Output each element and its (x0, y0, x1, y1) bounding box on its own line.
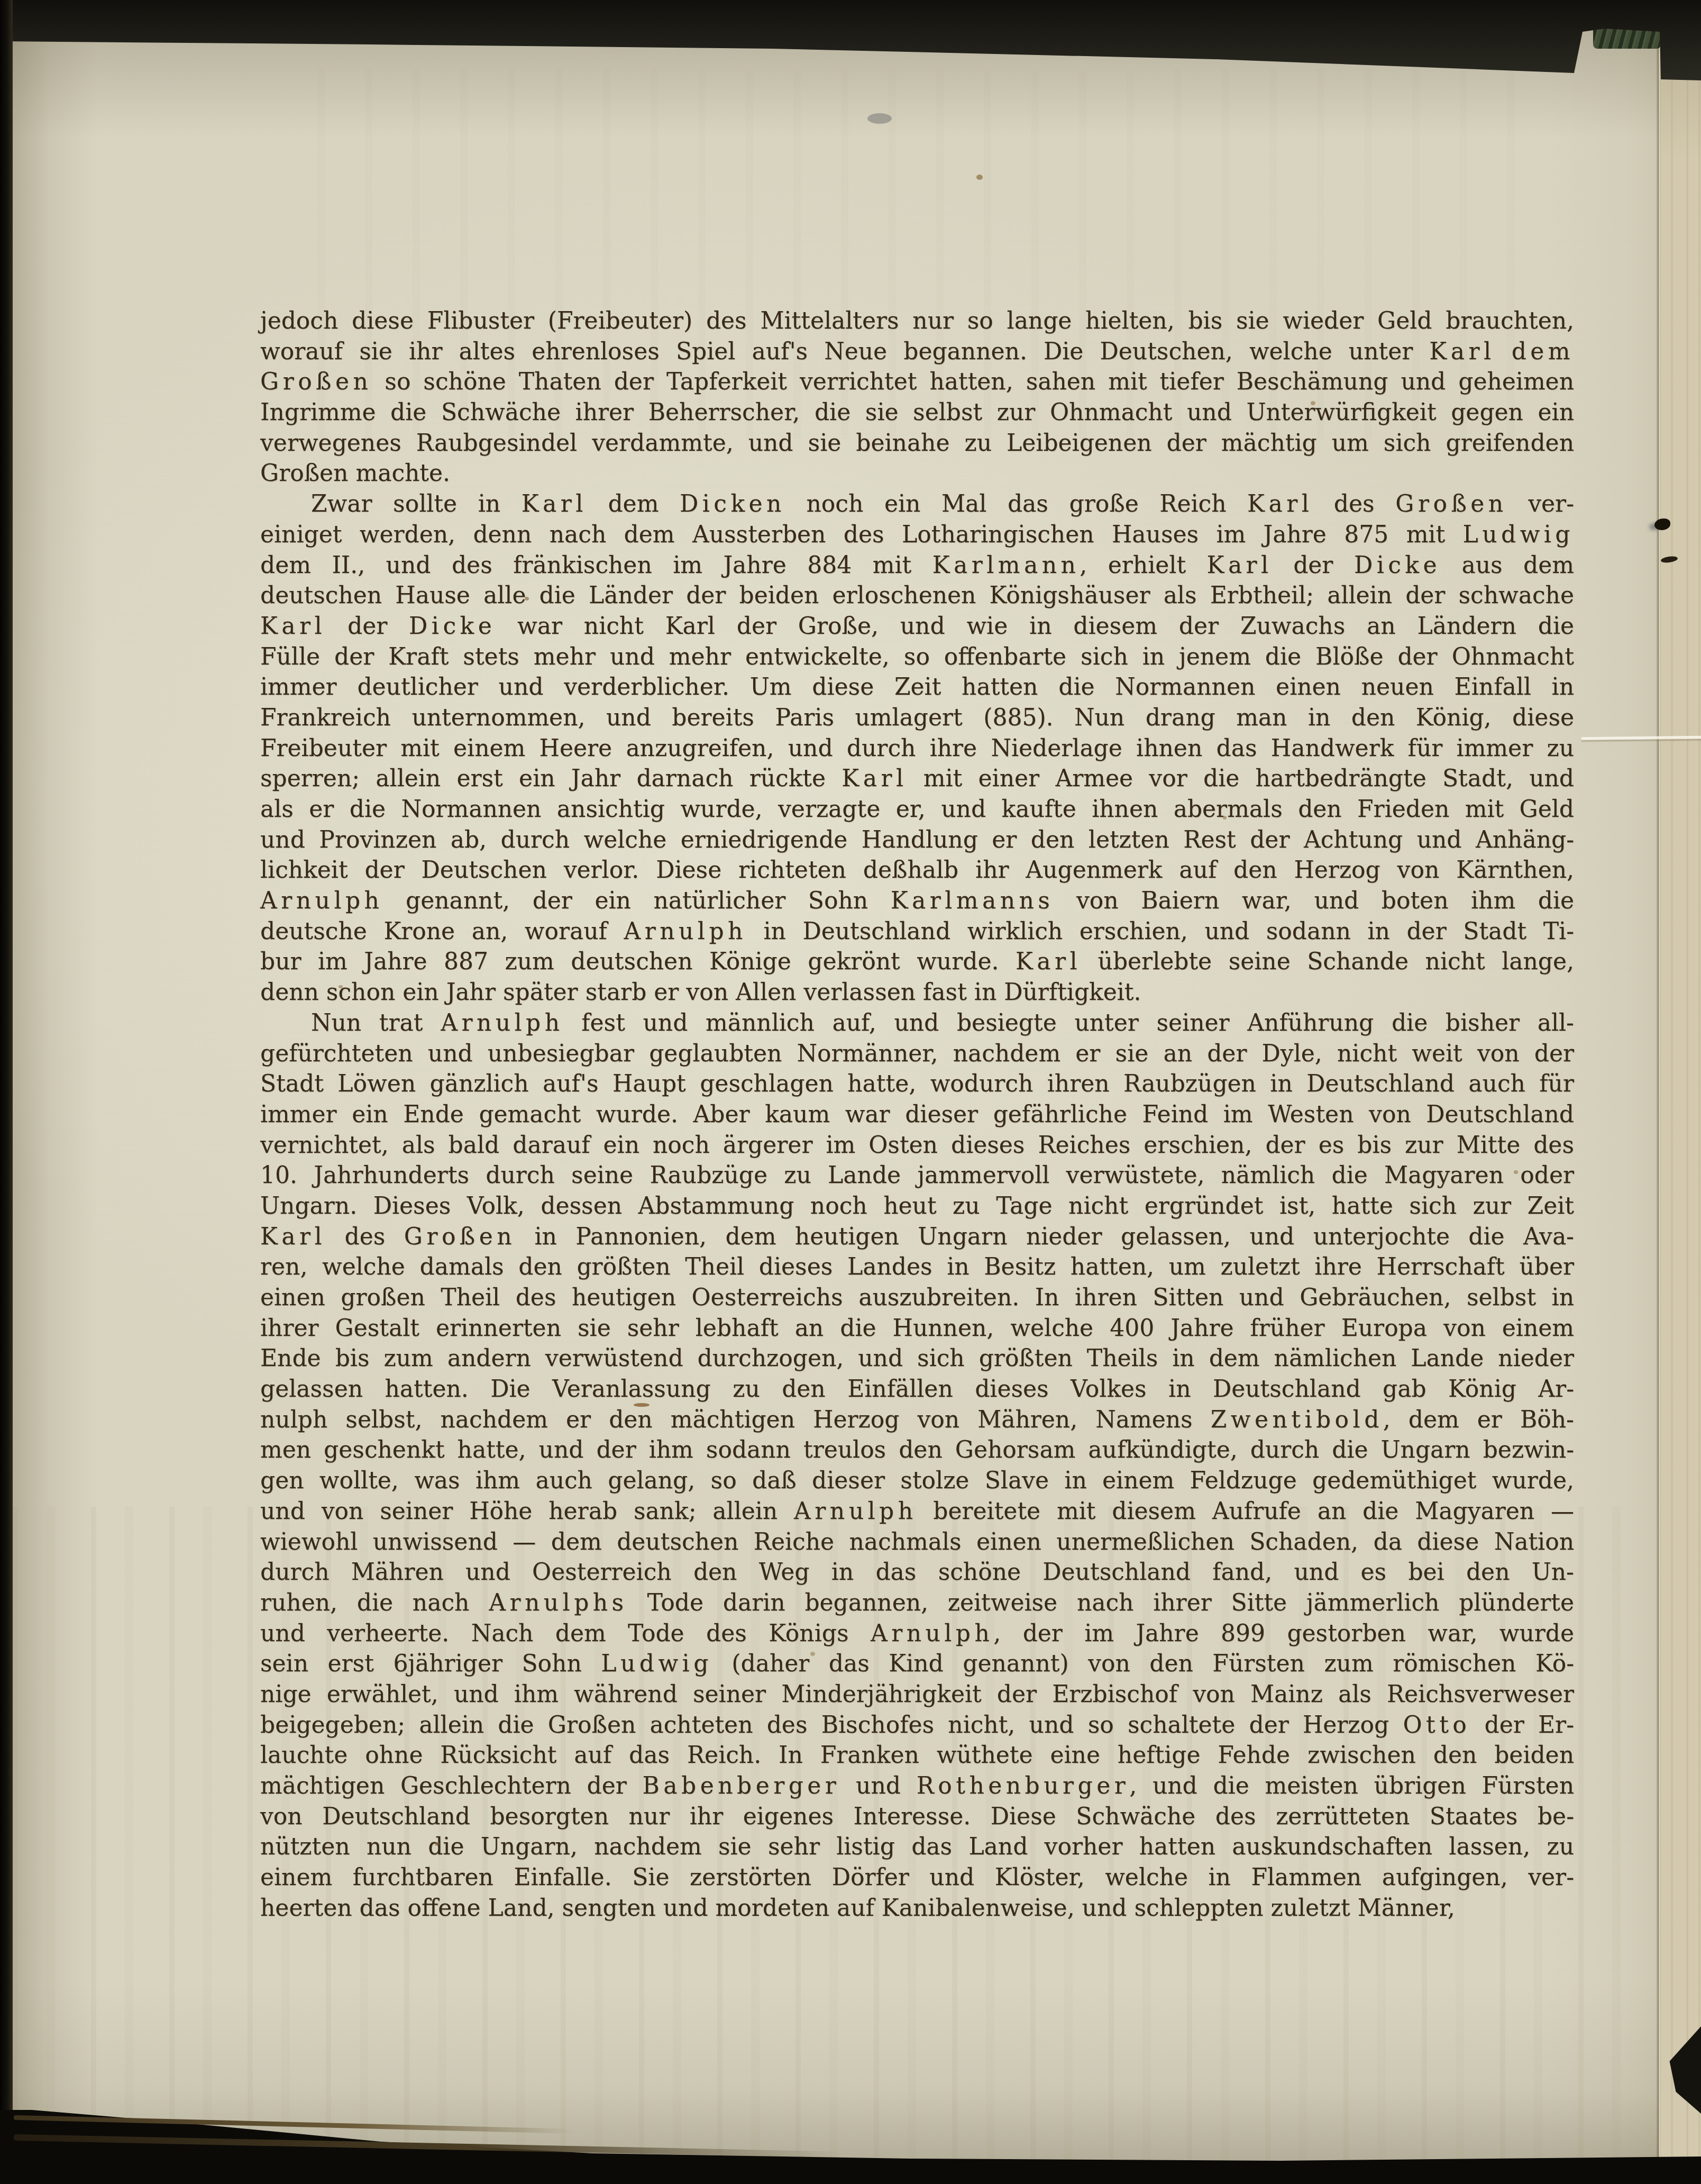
paragraph: Zwar sollte in Karl dem Dicken noch ein … (260, 489, 1574, 1008)
page-edge-crease (1656, 32, 1660, 2184)
text-line: mächtigen Geschlechtern der Babenberger … (260, 1771, 1574, 1801)
text-line: nige erwählet, und ihm während seiner Mi… (260, 1679, 1574, 1710)
paragraph: jedoch diese Flibuster (Freibeuter) des … (260, 306, 1574, 489)
letterspaced-name: Dicke (1354, 552, 1441, 579)
text-line: einen großen Theil des heutigen Oesterre… (260, 1282, 1574, 1313)
letterspaced-name: Karlmanns (891, 887, 1054, 914)
letterspaced-name: Ludwig (1462, 521, 1574, 548)
text-line: Großen so schöne Thaten der Tapferkeit v… (260, 367, 1574, 397)
text-line: Karl der Dicke war nicht Karl der Große,… (260, 611, 1574, 642)
letterspaced-name: Großen (1395, 490, 1507, 517)
text-line: ruhen, die nach Arnulphs Tode darin bega… (260, 1588, 1574, 1618)
text-line: Arnulph genannt, der ein natürlicher Soh… (260, 886, 1574, 916)
text-line: gen wollte, was ihm auch gelang, so daß … (260, 1466, 1574, 1496)
text-line: bur im Jahre 887 zum deutschen Könige ge… (260, 947, 1574, 977)
letterspaced-name: Arnulph (794, 1498, 917, 1525)
paper-speck (634, 1403, 650, 1407)
letterspaced-name: Karl (842, 765, 907, 792)
text-line: verwegenes Raubgesindel verdammte, und s… (260, 428, 1574, 459)
paper-speck (867, 113, 892, 124)
letterspaced-name: Karl (1016, 948, 1081, 975)
text-line: Fülle der Kraft stets mehr und mehr entw… (260, 642, 1574, 672)
text-line: men geschenkt hatte, und der ihm sodann … (260, 1435, 1574, 1466)
text-line: Stadt Löwen gänzlich auf's Haupt geschla… (260, 1069, 1574, 1099)
letterspaced-name: Karl (1429, 338, 1495, 365)
text-line: dem II., und des fränkischen im Jahre 88… (260, 550, 1574, 581)
letterspaced-name: Arnulph (871, 1620, 993, 1647)
text-line: deutsche Krone an, worauf Arnulph in Deu… (260, 916, 1574, 947)
letterspaced-name: Babenberger (643, 1772, 840, 1799)
text-line: ren, welche damals den größten Theil die… (260, 1252, 1574, 1282)
text-line: immer ein Ende gemacht wurde. Aber kaum … (260, 1099, 1574, 1130)
paper-speck (810, 1652, 815, 1656)
paper-speck (435, 1842, 440, 1846)
text-line: Großen machte. (260, 458, 1574, 489)
text-line: lauchte ohne Rücksicht auf das Reich. In… (260, 1740, 1574, 1771)
letterspaced-name: Karl (260, 1223, 326, 1250)
paragraph: Nun trat Arnulph fest und männlich auf, … (260, 1008, 1574, 1924)
book-photo: jedoch diese Flibuster (Freibeuter) des … (0, 0, 1701, 2184)
letterspaced-name: Arnulph (624, 918, 746, 945)
fore-edge-pages (1659, 0, 1701, 2184)
text-line: worauf sie ihr altes ehrenloses Spiel au… (260, 336, 1574, 367)
letterspaced-name: Karl (522, 490, 587, 517)
letterspaced-name: Karl (1247, 490, 1313, 517)
text-line: wiewohl unwissend — dem deutschen Reiche… (260, 1527, 1574, 1558)
letterspaced-name: Arnulph (441, 1009, 563, 1036)
letterspaced-name: Rothenburger (917, 1772, 1130, 1799)
text-line: Ende bis zum andern verwüstend durchzoge… (260, 1343, 1574, 1374)
letterspaced-name: dem (1512, 338, 1574, 365)
letterspaced-name: Zwentibold (1211, 1406, 1383, 1433)
paper-speck (525, 597, 529, 600)
text-line: und verheerte. Nach dem Tode des Königs … (260, 1618, 1574, 1649)
text-line: nulph selbst, nachdem er den mächtigen H… (260, 1405, 1574, 1435)
letterspaced-name: Großen (404, 1223, 516, 1250)
text-line: jedoch diese Flibuster (Freibeuter) des … (260, 306, 1574, 336)
letterspaced-name: Karl (1207, 552, 1273, 579)
paper-speck (339, 985, 343, 988)
letterspaced-name: Arnulphs (489, 1589, 627, 1616)
text-line: deutschen Hause alle die Länder der beid… (260, 580, 1574, 611)
binding-gutter-edge (0, 0, 13, 2184)
text-line: beigegeben; allein die Großen achteten d… (260, 1710, 1574, 1741)
text-line: und von seiner Höhe herab sank; allein A… (260, 1496, 1574, 1527)
letterspaced-name: Dicke (409, 613, 496, 640)
text-line: und Provinzen ab, durch welche erniedrig… (260, 825, 1574, 856)
letterspaced-name: Dicken (680, 490, 785, 517)
text-line: einiget werden, denn nach dem Aussterben… (260, 520, 1574, 550)
text-line: Frankreich unternommen, und bereits Pari… (260, 703, 1574, 733)
text-line: durch Mähren und Oesterreich den Weg in … (260, 1557, 1574, 1588)
text-line: von Deutschland besorgten nur ihr eigene… (260, 1801, 1574, 1832)
text-line: immer deutlicher und verderblicher. Um d… (260, 672, 1574, 703)
paper-speck (1223, 816, 1227, 820)
letterspaced-name: Arnulph (260, 887, 383, 914)
text-line: sein erst 6jähriger Sohn Ludwig (daher d… (260, 1649, 1574, 1679)
text-line: gelassen hatten. Die Veranlassung zu den… (260, 1374, 1574, 1405)
text-line: Ungarn. Dieses Volk, dessen Abstammung n… (260, 1191, 1574, 1222)
text-line: vernichtet, als bald darauf ein noch ärg… (260, 1130, 1574, 1161)
text-line: als er die Normannen ansichtig wurde, ve… (260, 794, 1574, 825)
text-line: nützten nun die Ungarn, nachdem sie sehr… (260, 1832, 1574, 1862)
paper-speck (1311, 401, 1315, 405)
paper-speck (1514, 1170, 1518, 1174)
text-line: Freibeuter mit einem Heere anzugreifen, … (260, 733, 1574, 764)
text-line: Ingrimme die Schwäche ihrer Beherrscher,… (260, 397, 1574, 428)
text-line: 10. Jahrhunderts durch seine Raubzüge zu… (260, 1160, 1574, 1191)
text-line: lichkeit der Deutschen verlor. Diese ric… (260, 855, 1574, 886)
text-line: Zwar sollte in Karl dem Dicken noch ein … (260, 489, 1574, 520)
text-line: denn schon ein Jahr später starb er von … (260, 977, 1574, 1008)
letterspaced-name: Großen (260, 368, 372, 395)
text-line: heerten das offene Land, sengten und mor… (260, 1893, 1574, 1924)
text-line: Nun trat Arnulph fest und männlich auf, … (260, 1008, 1574, 1039)
text-line: ihrer Gestalt erinnerten sie sehr lebhaf… (260, 1313, 1574, 1344)
text-line: einem furchtbaren Einfalle. Sie zerstört… (260, 1862, 1574, 1893)
letterspaced-name: Ludwig (601, 1650, 712, 1677)
paper-speck (976, 175, 983, 180)
text-line: sperren; allein erst ein Jahr darnach rü… (260, 763, 1574, 794)
text-line: Karl des Großen in Pannonien, dem heutig… (260, 1222, 1574, 1252)
text-line: gefürchteten und unbesiegbar geglaubten … (260, 1039, 1574, 1069)
letterspaced-name: Otto (1403, 1712, 1470, 1739)
letterspaced-name: Karlmann (932, 552, 1080, 579)
letterspaced-name: Karl (260, 613, 326, 640)
page-text: jedoch diese Flibuster (Freibeuter) des … (260, 306, 1574, 1923)
